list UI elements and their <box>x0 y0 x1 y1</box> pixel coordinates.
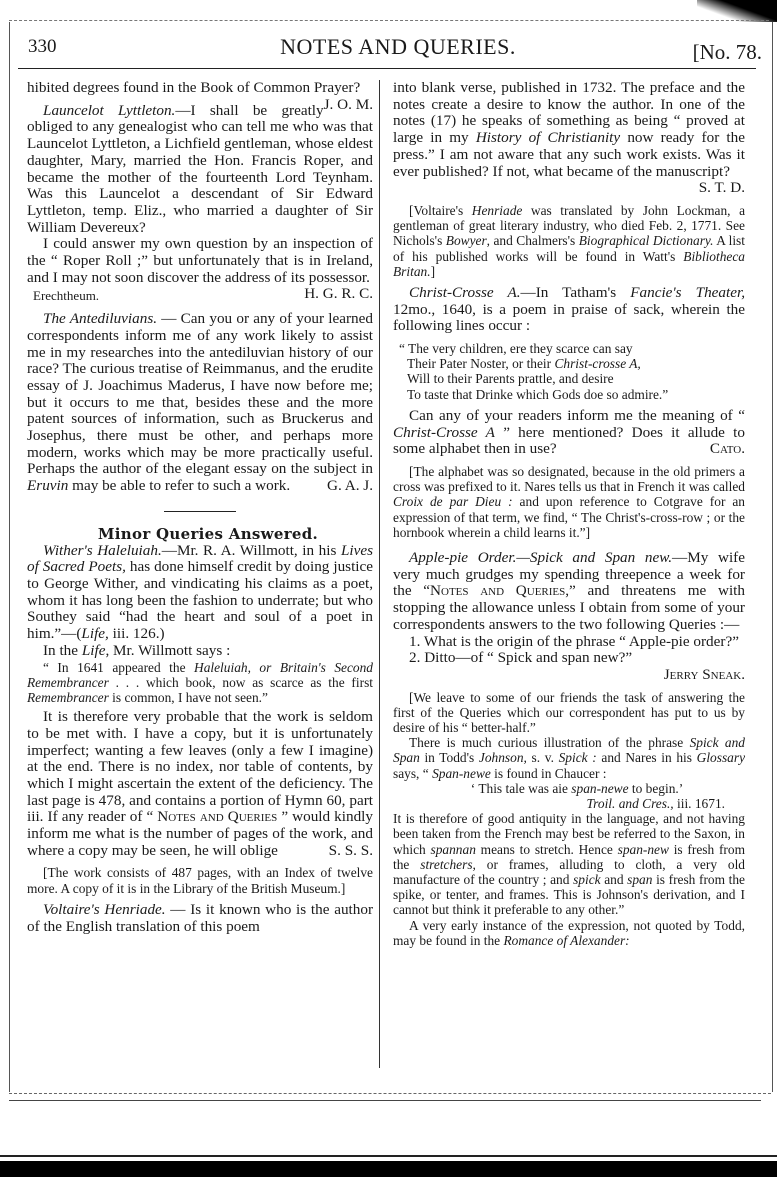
query-withers-haleluiah: Wither's Haleluiah.—Mr. R. A. Willmott, … <box>27 543 373 643</box>
citation: Troil. and Cres., iii. 1671. <box>393 796 745 811</box>
editor-note: [Voltaire's Henriade was translated by J… <box>393 203 745 279</box>
signature: S. T. D. <box>393 180 745 197</box>
bottom-border-rule <box>9 1100 761 1101</box>
verse-line: To taste that Drinke which Gods doe so a… <box>399 387 745 402</box>
query-title: Launcelot Lyttleton. <box>43 102 175 119</box>
paragraph: In the Life, Mr. Willmott says : <box>27 643 373 660</box>
query-christ-crosse-a: Christ-Crosse A.—In Tatham's Fancie's Th… <box>393 285 745 335</box>
paragraph: It is therefore very probable that the w… <box>27 709 373 859</box>
journal-title: NOTES AND QUERIES. <box>28 34 768 60</box>
signature: H. G. R. C. <box>288 286 373 303</box>
signature: Cato. <box>694 441 745 458</box>
right-column: into blank verse, published in 1732. The… <box>393 80 745 948</box>
query-item: 1. What is the origin of the phrase “ Ap… <box>393 634 745 651</box>
page-edge <box>0 1155 777 1157</box>
signature: G. A. J. <box>311 478 373 495</box>
page-header: 330 NOTES AND QUERIES. [No. 78. <box>28 30 768 66</box>
scan-background <box>0 1161 777 1177</box>
verse-line: Will to their Parents prattle, and desir… <box>399 371 745 386</box>
section-rule <box>164 511 236 512</box>
section-heading: Minor Queries Answered. <box>27 526 373 543</box>
paragraph: There is much curious illustration of th… <box>393 735 745 781</box>
signature: J. O. M. <box>324 97 373 114</box>
signature: S. S. S. <box>313 843 373 860</box>
top-border-rule <box>9 20 769 21</box>
query-title: Apple-pie Order.—Spick and Span new. <box>409 549 672 566</box>
query-launcelot-lyttleton: Launcelot Lyttleton.—I shall be greatly … <box>27 103 373 237</box>
paragraph: into blank verse, published in 1732. The… <box>393 80 745 180</box>
signature: Jerry Sneak. <box>393 667 745 684</box>
query-apple-pie-order: Apple-pie Order.—Spick and Span new.—My … <box>393 550 745 634</box>
verse-quote: “ The very children, ere they scarce can… <box>399 341 745 402</box>
paragraph: It is therefore of good antiquity in the… <box>393 811 745 917</box>
query-title: The Antediluvians. <box>43 310 157 327</box>
block-quote: “ In 1641 appeared the Haleluiah, or Bri… <box>27 660 373 706</box>
paragraph: A very early instance of the expression,… <box>393 918 745 948</box>
paragraph: I could answer my own question by an ins… <box>27 236 373 286</box>
editor-note: [We leave to some of our friends the tas… <box>393 690 745 736</box>
verse-line: “ The very children, ere they scarce can… <box>399 341 745 356</box>
editor-note: [The alphabet was so designated, because… <box>393 464 745 540</box>
header-rule <box>18 68 756 69</box>
query-title: Wither's Haleluiah. <box>43 542 162 559</box>
query-antediluvians: The Antediluvians. — Can you or any of y… <box>27 311 373 495</box>
query-item: 2. Ditto—of “ Spick and span new?” <box>393 650 745 667</box>
column-divider <box>379 80 380 1068</box>
issue-number: [No. 78. <box>693 40 762 65</box>
page-curl-shadow <box>697 0 777 22</box>
bottom-border-rule <box>9 1093 771 1094</box>
paragraph: hibited degrees found in the Book of Com… <box>27 80 373 97</box>
query-voltaires-henriade: Voltaire's Henriade. — Is it known who i… <box>27 902 373 935</box>
left-column: hibited degrees found in the Book of Com… <box>27 80 373 935</box>
paragraph: Can any of your readers inform me the me… <box>393 408 745 458</box>
chaucer-quote: ‘ This tale was aie span-newe to begin.’ <box>393 781 745 796</box>
query-title: Christ-Crosse A. <box>409 284 521 301</box>
query-title: Voltaire's Henriade. <box>43 901 166 918</box>
editor-note: [The work consists of 487 pages, with an… <box>27 865 373 895</box>
verse-line: Their Pater Noster, or their Christ-cros… <box>399 356 745 371</box>
